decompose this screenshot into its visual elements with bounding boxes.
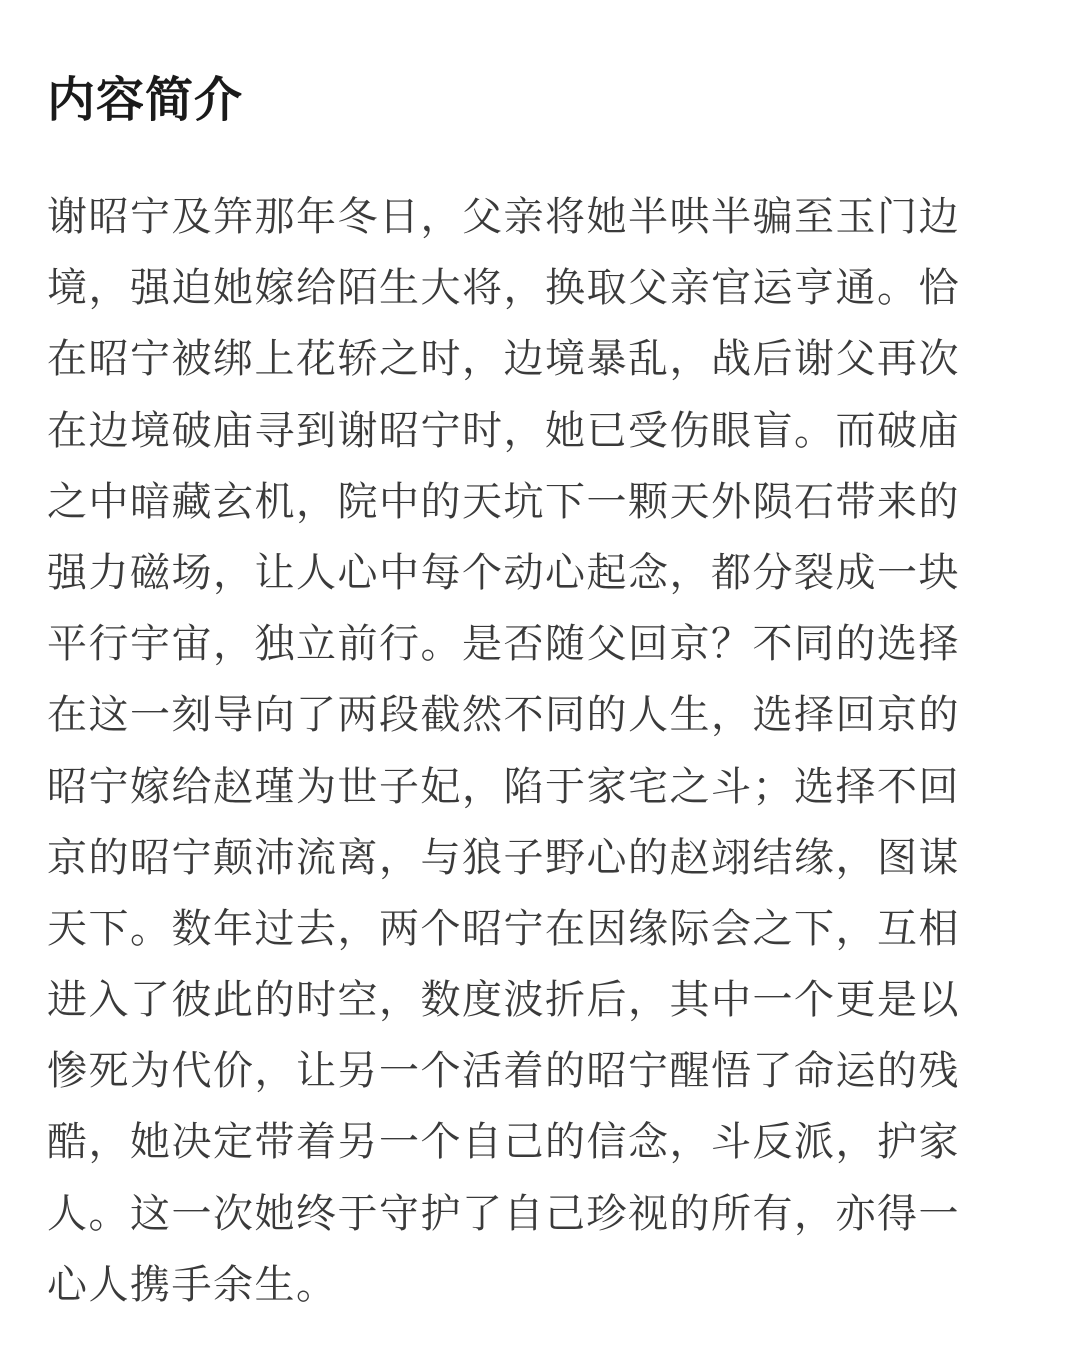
synopsis-line: 酷，她决定带着另一个自己的信念，斗反派，护家 <box>47 1107 1037 1178</box>
synopsis-line: 人。这一次她终于守护了自己珍视的所有，亦得一 <box>47 1179 1037 1250</box>
synopsis-line: 惨死为代价，让另一个活着的昭宁醒悟了命运的残 <box>47 1036 1037 1107</box>
synopsis-line: 在这一刻导向了两段截然不同的人生，选择回京的 <box>47 680 1037 751</box>
synopsis-line: 在边境破庙寻到谢昭宁时，她已受伤眼盲。而破庙 <box>47 396 1037 467</box>
synopsis-line: 昭宁嫁给赵瑾为世子妃，陷于家宅之斗；选择不回 <box>47 752 1037 823</box>
synopsis-line: 之中暗藏玄机，院中的天坑下一颗天外陨石带来的 <box>47 467 1037 538</box>
synopsis-line: 谢昭宁及笄那年冬日，父亲将她半哄半骗至玉门边 <box>47 182 1037 253</box>
synopsis-body: 谢昭宁及笄那年冬日，父亲将她半哄半骗至玉门边 境，强迫她嫁给陌生大将，换取父亲官… <box>47 182 1037 1321</box>
synopsis-line: 强力磁场，让人心中每个动心起念，都分裂成一块 <box>47 538 1037 609</box>
synopsis-line: 天下。数年过去，两个昭宁在因缘际会之下，互相 <box>47 894 1037 965</box>
synopsis-line: 在昭宁被绑上花轿之时，边境暴乱，战后谢父再次 <box>47 324 1037 395</box>
synopsis-line: 京的昭宁颠沛流离，与狼子野心的赵翊结缘，图谋 <box>47 823 1037 894</box>
synopsis-line: 境，强迫她嫁给陌生大将，换取父亲官运亨通。恰 <box>47 253 1037 324</box>
synopsis-line: 平行宇宙，独立前行。是否随父回京？不同的选择 <box>47 609 1037 680</box>
synopsis-line: 进入了彼此的时空，数度波折后，其中一个更是以 <box>47 965 1037 1036</box>
synopsis-page: 内容简介 谢昭宁及笄那年冬日，父亲将她半哄半骗至玉门边 境，强迫她嫁给陌生大将，… <box>0 0 1080 1356</box>
section-title: 内容简介 <box>47 68 243 132</box>
synopsis-line: 心人携手余生。 <box>47 1250 1037 1321</box>
